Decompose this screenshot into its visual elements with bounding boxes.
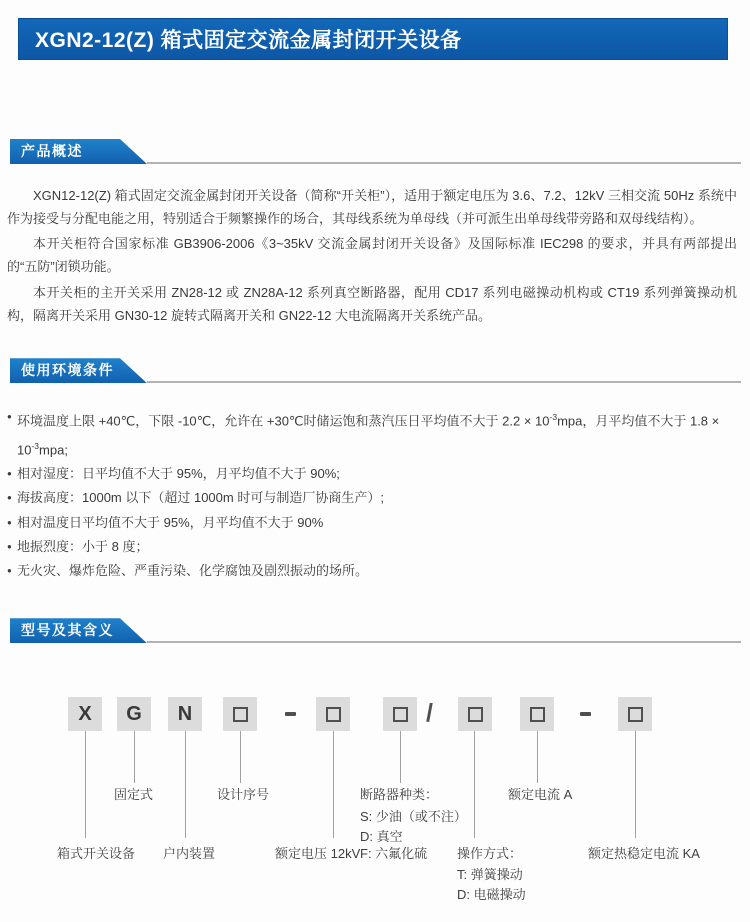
model-label-operation-title: 操作方式： bbox=[457, 843, 522, 862]
overview-paragraph: 本开关柜符合国家标准 GB3906-2006《3~35kV 交流金属封闭开关设备… bbox=[7, 233, 737, 278]
dash-separator-icon bbox=[285, 712, 296, 716]
section-model-header: 型号及其含义 bbox=[10, 618, 741, 643]
connector-line bbox=[400, 731, 401, 783]
overview-paragraph: XGN12-12(Z) 箱式固定交流金属封闭开关设备（简称“开关柜”），适用于额… bbox=[7, 185, 737, 230]
model-code-box-operation-mode bbox=[458, 697, 492, 731]
section-model-banner: 型号及其含义 bbox=[10, 618, 147, 643]
model-code-box-n: N bbox=[168, 697, 202, 731]
bullet-item: ● 相对湿度：日平均值不大于 95%，月平均值不大于 90%; bbox=[7, 462, 737, 486]
bullet-item: ● 海拔高度：1000m 以下（超过 1000m 时可与制造厂协商生产）; bbox=[7, 486, 737, 510]
model-label-rated-thermal-current: 额定热稳定电流 KA bbox=[588, 843, 700, 862]
overview-paragraph: 本开关柜的主开关采用 ZN28-12 或 ZN28A-12 系列真空断路器，配用… bbox=[7, 282, 737, 327]
bullet-item: ● 相对温度日平均值不大于 95%，月平均值不大于 90% bbox=[7, 511, 737, 535]
section-rule bbox=[147, 381, 741, 383]
model-label-rated-voltage: 额定电压 12kV bbox=[275, 843, 360, 862]
empty-square-icon bbox=[326, 707, 341, 722]
empty-square-icon bbox=[530, 707, 545, 722]
environment-bullet-list: ● 环境温度上限 +40℃，下限 -10℃，允许在 +30℃时储运饱和蒸汽压日平… bbox=[7, 405, 737, 583]
model-code-box-thermal-current bbox=[618, 697, 652, 731]
section-rule bbox=[147, 162, 741, 164]
model-label-breaker-opt-f: F: 六氟化硫 bbox=[360, 843, 427, 862]
bullet-dot-icon: ● bbox=[7, 486, 17, 510]
connector-line bbox=[635, 731, 636, 838]
model-code-box-rated-voltage bbox=[316, 697, 350, 731]
model-code-box-rated-current bbox=[520, 697, 554, 731]
dash-separator-icon bbox=[580, 712, 591, 716]
connector-line bbox=[537, 731, 538, 783]
model-code-box-g: G bbox=[117, 697, 151, 731]
model-label-rated-current: 额定电流 A bbox=[508, 784, 572, 803]
section-overview-banner: 产品概述 bbox=[10, 139, 147, 164]
model-label-operation-opt-t: T: 弹簧操动 bbox=[457, 864, 523, 883]
model-label-fixed: 固定式 bbox=[114, 784, 153, 803]
bullet-dot-icon: ● bbox=[7, 559, 17, 583]
bullet-item: ● 环境温度上限 +40℃，下限 -10℃，允许在 +30℃时储运饱和蒸汽压日平… bbox=[7, 405, 737, 462]
page-title: XGN2-12(Z) 箱式固定交流金属封闭开关设备 bbox=[35, 24, 462, 54]
model-label-breaker-type-title: 断路器种类： bbox=[360, 784, 438, 803]
superscript-exponent: -3 bbox=[550, 412, 558, 422]
section-environment-banner: 使用环境条件 bbox=[10, 358, 147, 383]
model-label-box-type: 箱式开关设备 bbox=[57, 843, 135, 862]
empty-square-icon bbox=[628, 707, 643, 722]
bullet-text: 环境温度上限 +40℃，下限 -10℃，允许在 +30℃时储运饱和蒸汽压日平均值… bbox=[17, 405, 737, 462]
model-label-operation-opt-d: D: 电磁操动 bbox=[457, 884, 526, 903]
bullet-text: 海拔高度：1000m 以下（超过 1000m 时可与制造厂协商生产）; bbox=[17, 486, 384, 510]
empty-square-icon bbox=[393, 707, 408, 722]
section-environment-header: 使用环境条件 bbox=[10, 358, 741, 383]
model-code-box-design-serial bbox=[223, 697, 257, 731]
bullet-item: ● 无火灾、爆炸危险、严重污染、化学腐蚀及剧烈振动的场所。 bbox=[7, 559, 737, 583]
empty-square-icon bbox=[468, 707, 483, 722]
model-code-box-breaker-type bbox=[383, 697, 417, 731]
bullet-dot-icon: ● bbox=[7, 535, 17, 559]
overview-paragraphs: XGN12-12(Z) 箱式固定交流金属封闭开关设备（简称“开关柜”），适用于额… bbox=[7, 185, 737, 327]
slash-separator-icon: / bbox=[426, 699, 433, 728]
connector-line bbox=[185, 731, 186, 838]
page-title-bar: XGN2-12(Z) 箱式固定交流金属封闭开关设备 bbox=[18, 18, 728, 60]
bullet-dot-icon: ● bbox=[7, 462, 17, 486]
model-designation-diagram: X G N / 固定式 设计序号 断路器种类： S: 少油（或不注） D: 真空… bbox=[0, 643, 750, 922]
connector-line bbox=[85, 731, 86, 838]
code-letter: G bbox=[126, 703, 142, 726]
bullet-text: 地振烈度：小于 8 度； bbox=[17, 535, 148, 559]
code-letter: N bbox=[178, 703, 192, 726]
connector-line bbox=[474, 731, 475, 838]
model-label-design-serial: 设计序号 bbox=[217, 784, 269, 803]
model-code-box-x: X bbox=[68, 697, 102, 731]
model-label-breaker-opt-s: S: 少油（或不注） bbox=[360, 806, 467, 825]
bullet-dot-icon: ● bbox=[7, 405, 17, 462]
bullet-text: 相对湿度：日平均值不大于 95%，月平均值不大于 90%; bbox=[17, 462, 340, 486]
connector-line bbox=[134, 731, 135, 783]
bullet-text: 相对温度日平均值不大于 95%，月平均值不大于 90% bbox=[17, 511, 323, 535]
connector-line bbox=[240, 731, 241, 783]
connector-line bbox=[333, 731, 334, 838]
model-label-indoor: 户内装置 bbox=[163, 843, 215, 862]
bullet-text: 无火灾、爆炸危险、严重污染、化学腐蚀及剧烈振动的场所。 bbox=[17, 559, 368, 583]
section-overview-header: 产品概述 bbox=[10, 139, 741, 164]
empty-square-icon bbox=[233, 707, 248, 722]
bullet-item: ● 地振烈度：小于 8 度； bbox=[7, 535, 737, 559]
bullet-dot-icon: ● bbox=[7, 511, 17, 535]
superscript-exponent: -3 bbox=[31, 441, 39, 451]
code-letter: X bbox=[78, 703, 91, 726]
